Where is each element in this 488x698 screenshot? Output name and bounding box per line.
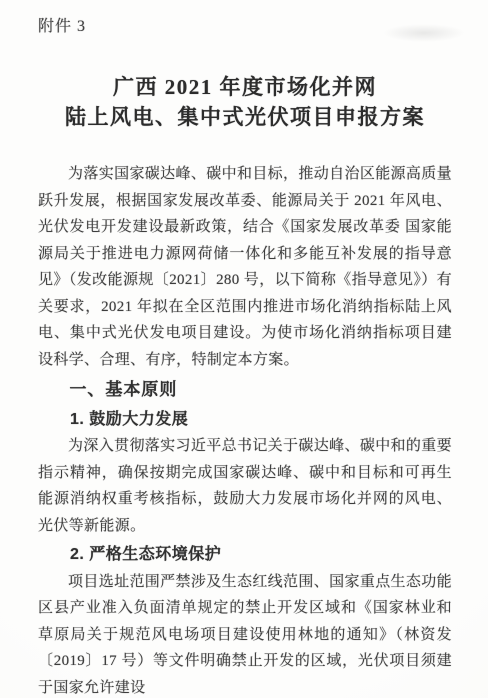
subsection-1-2-heading: 2. 严格生态环境保护 bbox=[38, 542, 452, 569]
subsection-1-1-heading: 1. 鼓励大力发展 bbox=[38, 407, 452, 434]
document-title: 广西 2021 年度市场化并网 陆上风电、集中式光伏项目申报方案 bbox=[38, 72, 452, 132]
document-title-line-2: 陆上风电、集中式光伏项目申报方案 bbox=[38, 102, 452, 132]
document-page: 附件 3 广西 2021 年度市场化并网 陆上风电、集中式光伏项目申报方案 为落… bbox=[0, 0, 488, 698]
subsection-1-1-body: 为深入贯彻落实习近平总书记关于碳达峰、碳中和的重要指示精神，确保按期完成国家碳达… bbox=[38, 433, 452, 539]
attachment-label: 附件 3 bbox=[38, 16, 452, 38]
section-1-heading: 一、基本原则 bbox=[38, 377, 452, 404]
intro-paragraph: 为落实国家碳达峰、碳中和目标，推动自治区能源高质量跃升发展，根据国家发展改革委、… bbox=[38, 161, 452, 373]
document-title-line-1: 广西 2021 年度市场化并网 bbox=[38, 72, 452, 102]
subsection-1-2-body: 项目选址范围严禁涉及生态红线范围、国家重点生态功能区县产业准入负面清单规定的禁止… bbox=[38, 569, 452, 698]
